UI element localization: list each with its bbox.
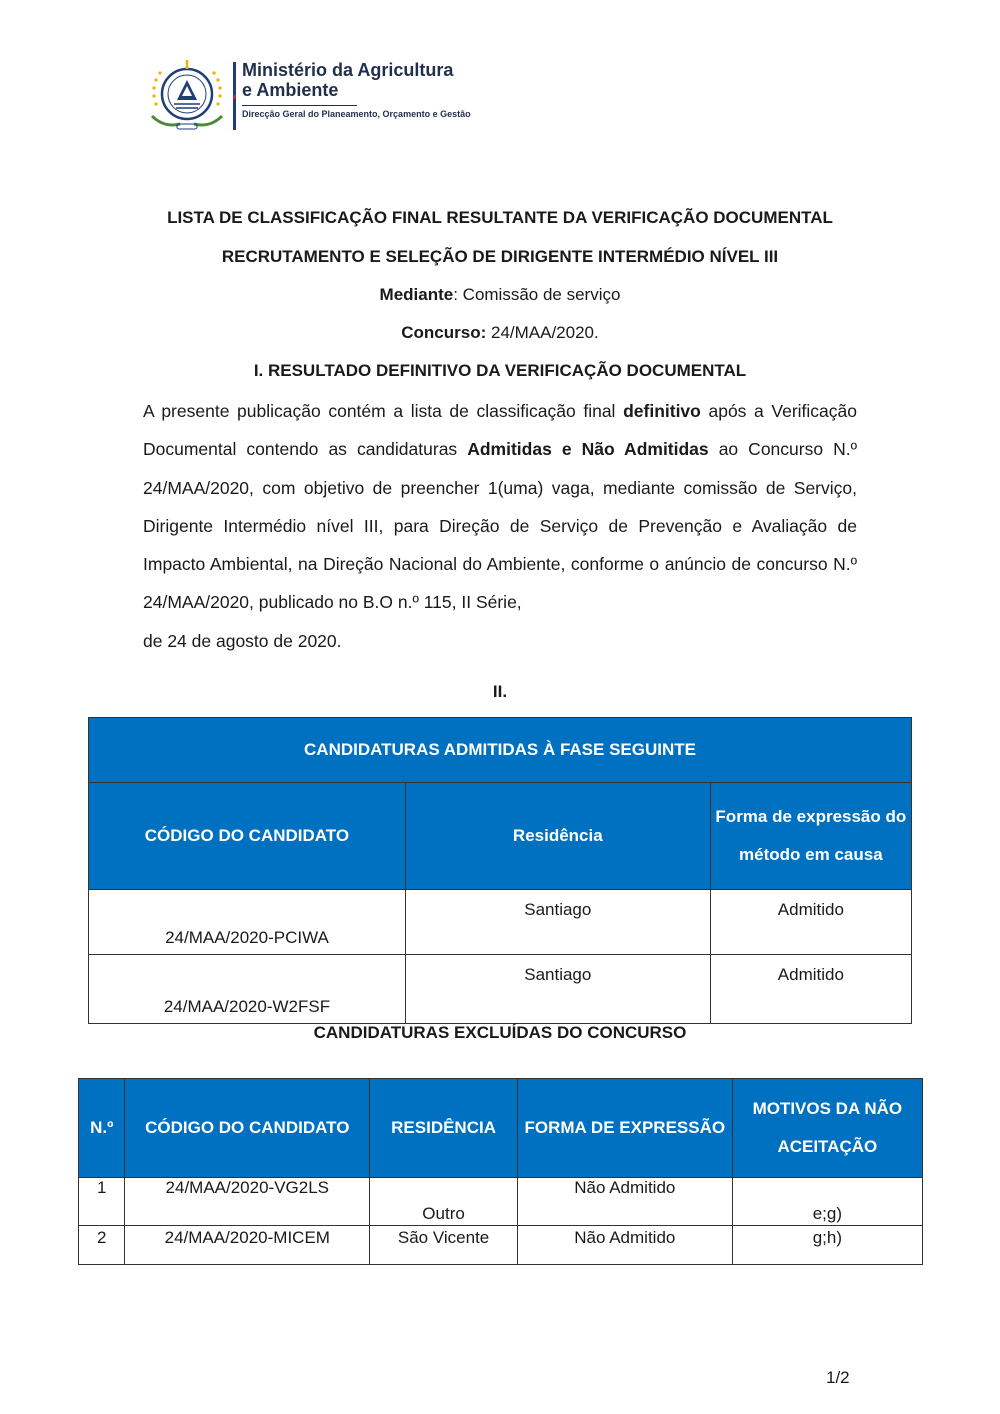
column-header: MOTIVOS DA NÃO ACEITAÇÃO — [732, 1079, 922, 1178]
page-number: 1/2 — [826, 1368, 850, 1388]
column-header: N.º — [79, 1079, 125, 1178]
excluded-heading: CANDIDATURAS EXCLUÍDAS DO CONCURSO — [0, 1023, 1000, 1043]
column-header: Forma de expressão do método em causa — [710, 783, 911, 890]
admitted-candidates-table: CANDIDATURAS ADMITIDAS À FASE SEGUINTE C… — [88, 717, 912, 1024]
admitted-table-title: CANDIDATURAS ADMITIDAS À FASE SEGUINTE — [89, 718, 912, 783]
column-header: CÓDIGO DO CANDIDATO — [89, 783, 406, 890]
excluded-candidates-table: N.º CÓDIGO DO CANDIDATO RESIDÊNCIA FORMA… — [78, 1078, 923, 1265]
directorate-name: Direcção Geral do Planeamento, Orçamento… — [242, 109, 471, 119]
mediante-line: Mediante: Comissão de serviço — [0, 285, 1000, 305]
document-title: LISTA DE CLASSIFICAÇÃO FINAL RESULTANTE … — [0, 208, 1000, 228]
intro-paragraph: A presente publicação contém a lista de … — [143, 392, 857, 660]
section-heading-1: I. RESULTADO DEFINITIVO DA VERIFICAÇÃO D… — [0, 361, 1000, 381]
column-header: Residência — [405, 783, 710, 890]
cape-verde-coat-of-arms-icon — [146, 58, 228, 134]
column-header: CÓDIGO DO CANDIDATO — [125, 1079, 370, 1178]
document-subtitle: RECRUTAMENTO E SELEÇÃO DE DIRIGENTE INTE… — [0, 247, 1000, 267]
column-header: FORMA DE EXPRESSÃO — [517, 1079, 732, 1178]
ministry-name: Ministério da Agricultura e Ambiente — [242, 60, 453, 100]
table-row: 24/MAA/2020-W2FSF Santiago Admitido — [89, 955, 912, 1024]
concurso-line: Concurso: 24/MAA/2020. — [0, 323, 1000, 343]
column-header: RESIDÊNCIA — [370, 1079, 518, 1178]
logo-divider-accent — [233, 95, 236, 99]
logo-underline — [242, 105, 357, 106]
table-row: 2 24/MAA/2020-MICEM São Vicente Não Admi… — [79, 1226, 923, 1265]
ministry-logo: Ministério da Agricultura e Ambiente Dir… — [146, 58, 496, 134]
table-row: 24/MAA/2020-PCIWA Santiago Admitido — [89, 890, 912, 955]
table-row: 1 24/MAA/2020-VG2LS Outro Não Admitido e… — [79, 1178, 923, 1226]
section-heading-2: II. — [0, 682, 1000, 702]
